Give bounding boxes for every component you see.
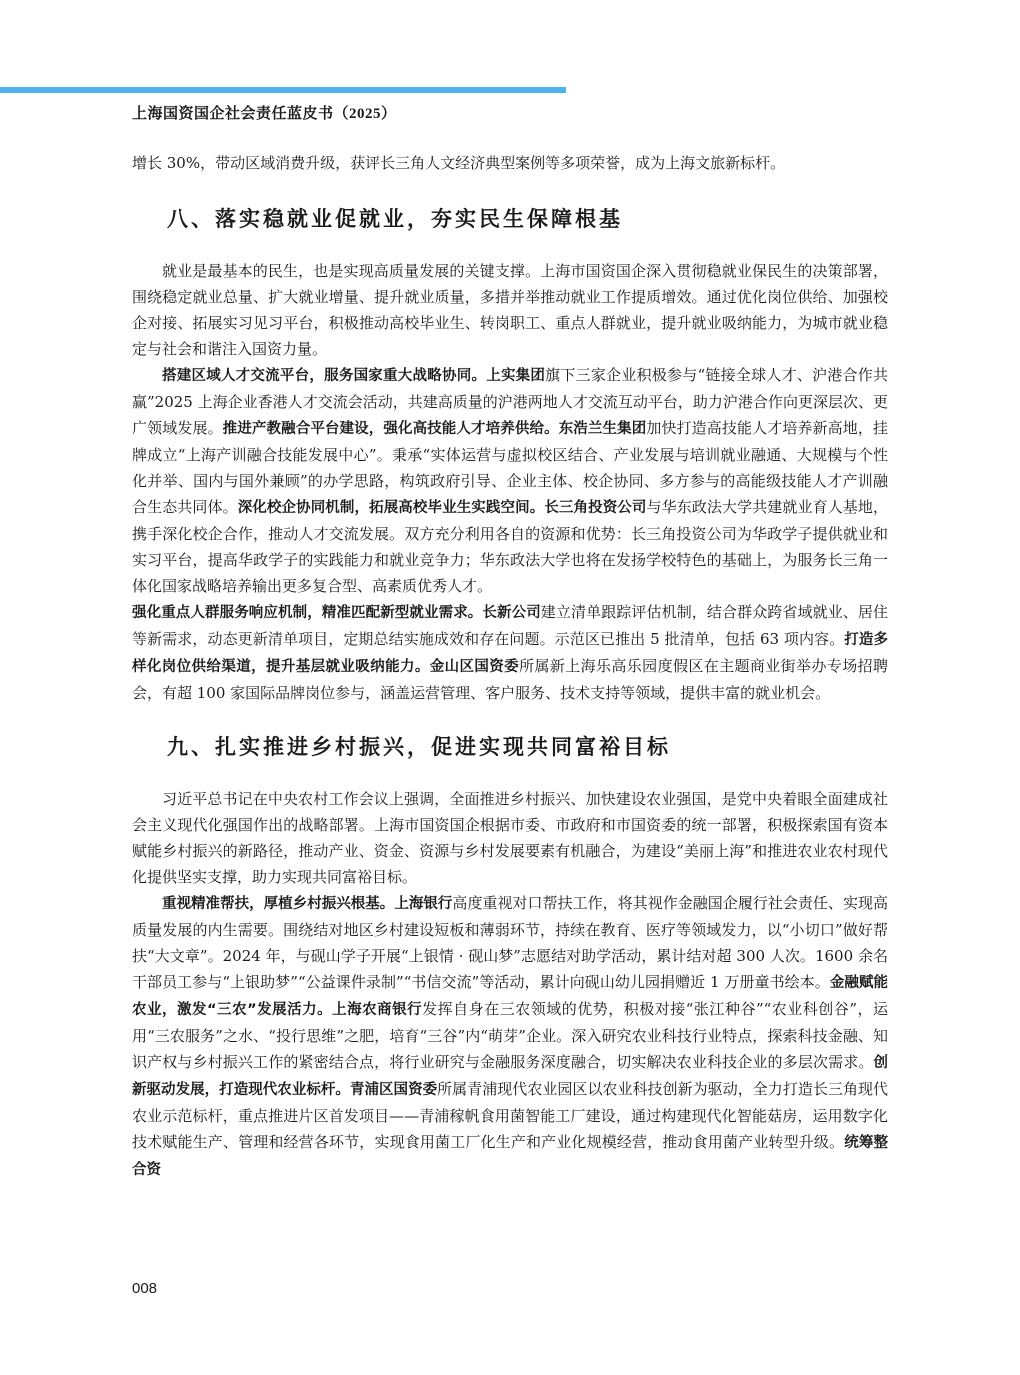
bold-lead: 推进产教融合平台建设，强化高技能人才培养供给。 bbox=[223, 421, 559, 437]
section-8-paragraph-2: 搭建区域人才交流平台，服务国家重大战略协同。上实集团旗下三家企业积极参与“链接全… bbox=[132, 362, 888, 599]
section-8-paragraph-3: 强化重点人群服务响应机制，精准匹配新型就业需求。长新公司建立清单跟踪评估机制，结… bbox=[132, 599, 888, 706]
bold-org: 上实集团 bbox=[486, 368, 545, 384]
header-accent-bar bbox=[0, 87, 566, 93]
bold-org: 金山区国资委 bbox=[430, 659, 519, 675]
section-9-paragraph-2: 重视精准帮扶，厚植乡村振兴根基。上海银行高度重视对口帮扶工作，将其视作金融国企履… bbox=[132, 890, 888, 1183]
section-9-intro: 习近平总书记在中央农村工作会议上强调，全面推进乡村振兴、加快建设农业强国，是党中… bbox=[132, 786, 888, 890]
section-8-heading: 八、落实稳就业促就业，夯实民生保障根基 bbox=[132, 203, 888, 233]
page-number: 008 bbox=[132, 1280, 157, 1297]
bold-org: 长新公司 bbox=[482, 605, 540, 621]
bold-lead: 重视精准帮扶，厚植乡村振兴根基。 bbox=[162, 896, 394, 912]
running-header-title: 上海国资国企社会责任蓝皮书（2025） bbox=[132, 102, 397, 123]
bold-lead: 深化校企协同机制，拓展高校毕业生实践空间。 bbox=[238, 500, 545, 516]
bold-org: 上海农商银行 bbox=[332, 1002, 422, 1018]
bold-org: 上海银行 bbox=[394, 896, 452, 912]
section-9-heading: 九、扎实推进乡村振兴，促进实现共同富裕目标 bbox=[132, 731, 888, 761]
bold-lead: 强化重点人群服务响应机制，精准匹配新型就业需求。 bbox=[132, 605, 482, 621]
bold-lead: 搭建区域人才交流平台，服务国家重大战略协同。 bbox=[162, 368, 486, 384]
bold-org: 长三角投资公司 bbox=[544, 500, 646, 516]
section-8-intro: 就业是最基本的民生，也是实现高质量发展的关键支撑。上海市国资国企深入贯彻稳就业保… bbox=[132, 258, 888, 362]
bold-org: 东浩兰生集团 bbox=[559, 421, 647, 437]
page-body: 增长 30%，带动区域消费升级，获评长三角人文经济典型案例等多项荣誉，成为上海文… bbox=[132, 150, 888, 1183]
bold-org: 青浦区国资委 bbox=[350, 1082, 437, 1098]
continuation-paragraph: 增长 30%，带动区域消费升级，获评长三角人文经济典型案例等多项荣誉，成为上海文… bbox=[132, 150, 888, 176]
